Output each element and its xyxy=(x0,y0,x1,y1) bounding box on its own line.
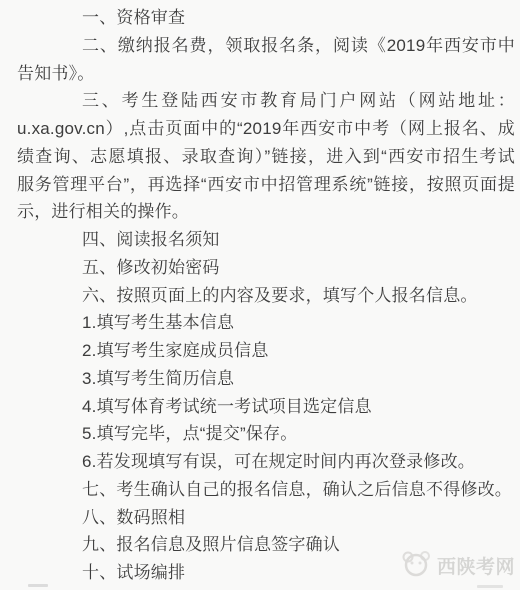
text-line: 告知书》。 xyxy=(17,60,515,88)
text-line: 1.填写考生基本信息 xyxy=(17,309,515,337)
text-line: 2.填写考生家庭成员信息 xyxy=(17,337,515,365)
text-line: 一、资格审查 xyxy=(17,4,515,32)
text-line: 二、缴纳报名费，领取报名条，阅读《2019年西安市中考 xyxy=(17,32,515,60)
text-line: 八、数码照相 xyxy=(17,504,515,532)
watermark-text: 西陕考网 xyxy=(437,552,515,579)
text-line: 四、阅读报名须知 xyxy=(17,226,515,254)
text-line: 六、按照页面上的内容及要求，填写个人报名信息。 xyxy=(17,282,515,310)
text-line: 4.填写体育考试统一考试项目选定信息 xyxy=(17,393,515,421)
document-body: 一、资格审查二、缴纳报名费，领取报名条，阅读《2019年西安市中考告知书》。三、… xyxy=(0,0,520,587)
text-line: 绩查询、志愿填报、录取查询）”链接，进入到“西安市招生考试 xyxy=(17,143,515,171)
watermark-mascot-icon xyxy=(398,548,434,583)
text-line: 七、考生确认自己的报名信息，确认之后信息不得修改。 xyxy=(17,476,515,504)
scanned-notice-page: 一、资格审查二、缴纳报名费，领取报名条，阅读《2019年西安市中考告知书》。三、… xyxy=(0,0,520,590)
text-line: 五、修改初始密码 xyxy=(17,254,515,282)
text-line: 服务管理平台”，再选择“西安市中招管理系统”链接，按照页面提 xyxy=(17,171,515,199)
scan-artifact-dash xyxy=(28,584,48,587)
text-line: 三、考生登陆西安市教育局门户网站（网站地址：http://ed xyxy=(17,87,515,115)
text-line: 示，进行相关的操作。 xyxy=(17,198,515,226)
text-line: 3.填写考生简历信息 xyxy=(17,365,515,393)
text-line: u.xa.gov.cn）,点击页面中的“2019年西安市中考（网上报名、成 xyxy=(17,115,515,143)
scan-artifact-dash xyxy=(477,585,503,588)
text-line: 6.若发现填写有误，可在规定时间内再次登录修改。 xyxy=(17,448,515,476)
text-line: 5.填写完毕，点“提交”保存。 xyxy=(17,420,515,448)
watermark: 西陕考网 xyxy=(398,550,515,580)
